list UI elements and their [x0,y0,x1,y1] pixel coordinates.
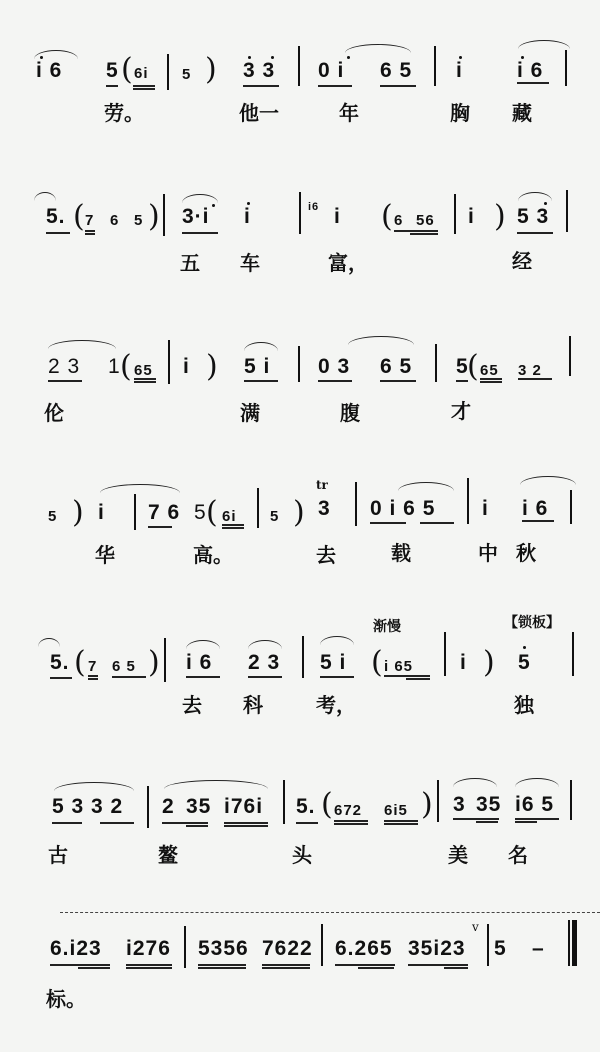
tie [244,342,278,351]
note: 5. [50,652,70,674]
underline [198,964,246,966]
grace-notes: i6 [308,196,319,218]
slur [398,482,454,491]
note: 5 [518,652,531,674]
note: 5 [182,64,191,86]
underline [380,85,416,87]
underline [243,85,279,87]
note-group: 35 [186,796,211,818]
lyric: 胸 [450,102,470,124]
note-group: 672 [334,800,362,822]
note-group: 5 i [320,652,346,674]
lyric: 鳌 [158,844,178,866]
underline [334,820,368,822]
paren-close: ) [148,648,160,678]
underline [518,378,552,380]
note-group: 0 3 [318,356,350,378]
underline [406,678,430,680]
underline [88,675,98,677]
octave-dot [271,56,274,59]
lyric: 考， [316,694,356,716]
lyric: 华 [95,544,115,566]
paren-open: ( [206,498,218,528]
note-group: i 6 [36,60,62,82]
underline [148,526,172,528]
barline [569,336,571,376]
underline [100,822,134,824]
score-line-7: 6.i23 i276 5356 7622 6.265 35i23 v 5 – 标… [0,900,600,1020]
underline [453,818,499,820]
underline [420,522,454,524]
tempo-marking: 渐慢 [373,616,401,636]
underline [162,822,208,824]
note-group: 2 3 [48,356,80,378]
score-line-4: 5 ) i 7 6 5 ( 6i 5 ) tr 3 0 i 6 5 i i 6 … [0,470,600,590]
barline [163,194,165,236]
underline [522,520,554,522]
lyric: 车 [240,252,260,274]
barline [298,46,300,86]
octave-dot [521,56,524,59]
slur [453,778,497,787]
barline [566,190,568,232]
note: 5 [494,938,507,960]
barline [570,490,572,524]
lyric: 中 [478,542,498,564]
tie [248,640,282,649]
lyric: 经 [512,250,532,272]
underline [334,823,368,825]
underline [78,967,110,969]
lyric: 富， [328,252,368,274]
underline [182,232,218,234]
underline [134,378,156,380]
section-marking: 【锁板】 [504,612,560,632]
note: 5 [270,506,279,528]
underline [106,85,118,87]
octave-dot [459,56,462,59]
tie [34,192,56,201]
underline [480,378,502,380]
note: 5 [134,210,143,232]
lyric: 科 [243,694,263,716]
underline [244,380,278,382]
underline [318,380,352,382]
paren-close: ) [205,55,217,85]
underline [262,967,310,969]
underline [335,964,395,966]
barline [487,924,489,966]
underline [126,967,172,969]
barline [167,54,169,90]
note-group: 6.265 [335,938,393,960]
octave-dot [523,646,526,649]
score-line-1: i 6 5 ( 6i 5 ) 3 3 0 i 6 5 i i 6 劳。 他一 年… [0,30,600,150]
note: i [334,206,341,228]
note: i [468,206,475,228]
underline [394,230,438,232]
underline [384,675,430,677]
underline [384,820,418,822]
underline [134,381,156,383]
barline [184,926,186,968]
barline [565,50,567,86]
barline [299,192,301,234]
note-group: i6 5 [515,794,554,816]
note: i [456,60,463,82]
lyric: 名 [508,844,528,866]
underline [48,380,82,382]
note: 5. [296,796,316,818]
octave-dot [248,56,251,59]
note: i [98,502,105,524]
score-line-5: 渐慢 【锁板】 5. ( 7 6 5 ) i 6 2 3 5 i ( i 65 … [0,600,600,720]
slur [100,484,180,493]
note-group: 2 3 [248,652,280,674]
underline [320,676,354,678]
underline [52,822,82,824]
barline [435,344,437,382]
octave-dot [347,56,350,59]
note-group: 6 5 [380,356,412,378]
paren-close: ) [494,202,506,232]
barline [168,340,170,384]
underline [358,967,394,969]
paren-close: ) [483,648,495,678]
barline [298,346,300,382]
octave-dot [544,202,547,205]
lyric: 伦 [44,402,64,424]
underline [112,676,146,678]
note-group: 3 3 [243,60,275,82]
lyric: 标。 [46,988,86,1010]
lyric: 头 [292,844,312,866]
paren-open: ( [321,790,333,820]
note-group: i276 [126,938,171,960]
note: 6 [110,210,119,232]
note: 6 [394,210,403,232]
underline [476,821,498,823]
note: 2 [162,796,175,818]
tie [518,192,552,201]
note-group: 6.i23 [50,938,102,960]
barline [257,488,259,528]
underline [515,818,559,820]
score-line-2: 5. ( 7 6 5 ) 3·i i i6 i ( 6 56 i ) 5 3 五… [0,180,600,300]
note: 5. [46,206,66,228]
note-group: 0 i [318,60,344,82]
note-group: 0 i 6 5 [370,498,435,520]
note: 5 [194,502,207,524]
final-barline-thick [572,920,577,966]
barline [434,46,436,86]
barline [570,780,572,820]
note: 5 [106,60,119,82]
underline [50,677,72,679]
note-group: 7 6 [148,502,180,524]
lyric: 高。 [193,544,233,566]
note-group: 6i5 [384,800,408,822]
barline [321,924,323,966]
score-line-6: 5 3 3 2 2 35 i76i 5. ( 672 6i5 ) 3 35 i6… [0,760,600,880]
octave-dot [247,202,250,205]
barline [454,194,456,234]
underline [517,82,549,84]
underline [88,678,98,680]
note-group: 6 5 [380,60,412,82]
note: 1 [108,356,121,378]
barline [164,638,166,682]
note-group: 7622 [262,938,313,960]
slur [345,44,411,53]
underline [370,522,406,524]
tie [38,638,60,647]
paren-close: ) [421,790,433,820]
breath-mark: v [472,920,479,934]
paren-open: ( [121,55,133,85]
barline [444,632,446,676]
lyric: 去 [316,544,336,566]
underline [515,821,537,823]
octave-dot [212,204,215,207]
phrase-slur [60,912,600,915]
final-barline-thin [568,920,570,966]
lyric: 独 [514,694,534,716]
note: 5 [48,506,57,528]
lyric: 腹 [340,402,360,424]
underline [85,233,95,235]
lyric: 美 [448,844,468,866]
note: i [183,356,190,378]
underline [248,676,282,678]
slur [515,778,559,787]
note-group: i 6 [186,652,212,674]
underline [186,676,220,678]
underline [318,85,352,87]
lyric: 才 [451,400,471,422]
tie [182,194,218,203]
underline [480,381,502,383]
note-group: 6i [134,63,149,85]
note-group: 56 [416,210,435,232]
barline [302,636,304,678]
underline [222,524,244,526]
note: 7 [85,210,94,232]
barline [147,786,149,828]
paren-close: ) [72,498,84,528]
paren-close: ) [148,202,160,232]
note: 3 [318,498,331,520]
note-group: 35i23 [408,938,466,960]
barline [467,478,469,524]
paren-close: ) [293,498,305,528]
tie [186,640,220,649]
lyric: 满 [240,402,260,424]
note-group: 5 3 3 2 [52,796,123,818]
underline [46,232,70,234]
barline [437,780,439,822]
barline [134,494,136,530]
score-line-3: 2 3 1 ( 65 i ) 5 i 0 3 6 5 5 ( 65 3 2 伦 … [0,330,600,450]
underline [85,230,95,232]
underline [224,822,268,824]
underline [198,967,246,969]
note-group: 5356 [198,938,249,960]
underline [384,823,418,825]
underline [517,232,553,234]
note-group: 35 [476,794,501,816]
underline [133,85,155,87]
underline [380,380,416,382]
octave-dot [40,56,43,59]
underline [50,964,110,966]
note-group: i76i [224,796,263,818]
barline [283,780,285,824]
lyric: 载 [391,542,411,564]
underline [262,964,310,966]
paren-open: ( [73,202,85,232]
note: i [244,206,251,228]
note-group: i 6 [517,60,543,82]
paren-open: ( [74,648,86,678]
slur [348,336,414,345]
note-group: 5 3 [517,206,549,228]
underline [224,825,268,827]
slur [48,340,116,349]
lyric: 秋 [516,542,536,564]
lyric: 他一 [239,102,279,124]
note: i [482,498,489,520]
tie [320,636,354,645]
tie [518,40,570,49]
slur [54,782,134,791]
underline [444,967,468,969]
trill-mark: tr [316,478,328,492]
note: i [460,652,467,674]
paren-open: ( [120,352,132,382]
note-group: 5 i [244,356,270,378]
underline [222,527,244,529]
underline [296,822,318,824]
paren-close: ) [206,352,218,382]
note-group: 6 5 [112,656,136,678]
underline [186,825,208,827]
paren-open: ( [371,648,383,678]
lyric: 五 [180,252,200,274]
underline [133,88,155,90]
barline [572,632,574,676]
lyric: 藏 [512,102,532,124]
barline [355,482,357,526]
underline [126,964,172,966]
sustain-dash: – [532,938,545,960]
underline [410,233,438,235]
note-group: 3·i [182,206,210,228]
lyric: 年 [339,102,359,124]
paren-open: ( [467,352,479,382]
note-group: i 6 [522,498,548,520]
lyric: 劳。 [104,102,144,124]
note: 3 [453,794,466,816]
paren-open: ( [381,202,393,232]
lyric: 去 [182,694,202,716]
tie [520,476,576,485]
lyric: 古 [48,844,68,866]
underline [408,964,468,966]
slur [164,780,268,789]
